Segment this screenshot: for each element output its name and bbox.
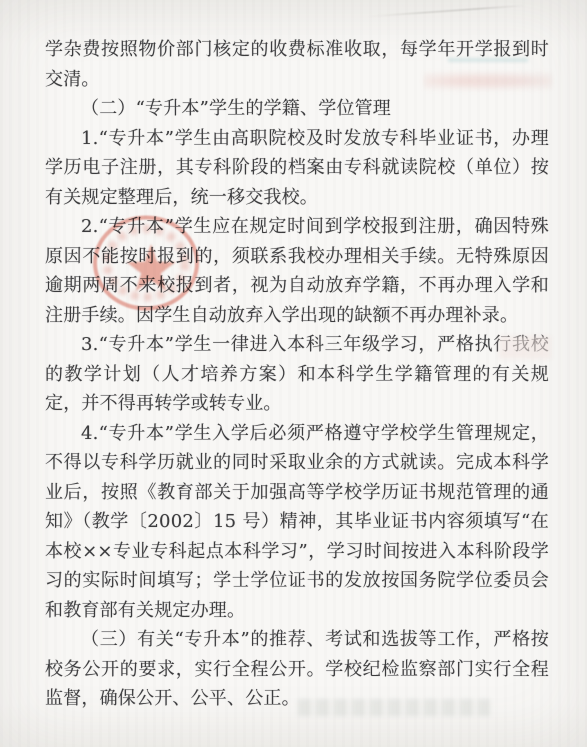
list-item-4: 4.“专升本”学生入学后必须严格遵守学校学生管理规定，不得以专科学历就业的同时采… xyxy=(45,419,549,626)
paragraph-continuation: 学杂费按照物价部门核定的收费标准收取，每学年开学报到时交清。 xyxy=(45,35,549,94)
list-item-3: 3.“专升本”学生一律进入本科三年级学习，严格执行我校的教学计划（人才培养方案）… xyxy=(45,330,549,419)
list-item-1: 1.“专升本”学生由高职院校及时发放专科毕业证书，办理学历电子注册，其专科阶段的… xyxy=(45,124,549,213)
document-body: 学杂费按照物价部门核定的收费标准收取，每学年开学报到时交清。 （二）“专升本”学… xyxy=(45,35,549,714)
list-item-2: 2.“专升本”学生应在规定时间到学校报到注册，确因特殊原因不能按时报到的，须联系… xyxy=(45,212,549,330)
paper-crease xyxy=(368,4,526,17)
heading-section-two: （二）“专升本”学生的学籍、学位管理 xyxy=(45,94,549,124)
heading-section-three: （三）有关“专升本”的推荐、考试和选拔等工作，严格按校务公开的要求，实行全程公开… xyxy=(45,625,549,714)
